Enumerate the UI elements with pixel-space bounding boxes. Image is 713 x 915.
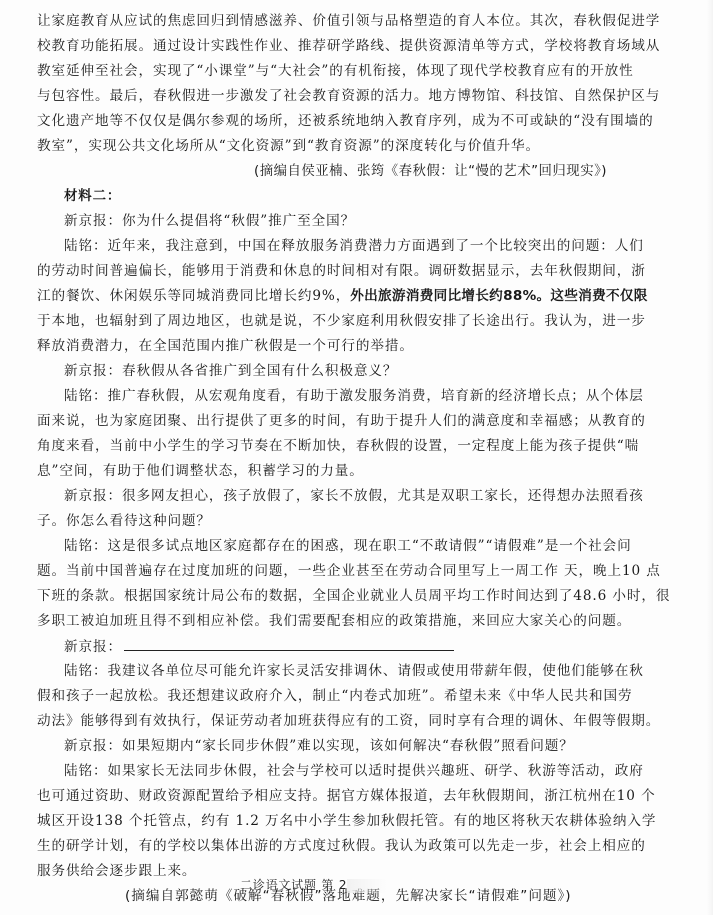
interview-answer-line: 下班的条款。根据国家统计局公布的数据，全国企业就业人员周平均工作时间达到了48.… bbox=[37, 584, 637, 609]
fill-in-question: 新京报： bbox=[37, 634, 637, 659]
paragraph-line: 教室延伸至社会，实现了“小课堂”与“大社会”的有机衔接，体现了现代学校教育应有的… bbox=[37, 59, 637, 84]
emphasized-text: 外出旅游消费同比增长约88%。这些消费不仅限 bbox=[350, 288, 647, 304]
material-two-heading: 材料二： bbox=[37, 184, 637, 209]
page-footer: 二诊语文试题 第 2 bbox=[240, 876, 387, 893]
interview-question: 新京报：你为什么提倡将“秋假”推广至全国？ bbox=[37, 209, 637, 234]
interview-answer-line: 题。当前中国普遍存在过度加班的问题，一些企业甚至在劳动合同里写上一周工作 天，晚… bbox=[37, 559, 637, 584]
answer-text: 江的餐饮、休闲娱乐等同城消费同比增长约9%， bbox=[37, 288, 350, 304]
interview-answer-line: 陆铭：推广春秋假，从宏观角度看，有助于激发服务消费，培育新的经济增长点；从个体层 bbox=[37, 384, 637, 409]
interview-answer-line: 多职工被迫加班且得不到相应补偿。我们需要配套相应的政策措施，来回应大家关心的问题… bbox=[37, 609, 637, 634]
interview-answer-line: 城区开设138 个托管点，约有 1.2 万名中小学生参加秋假托管。有的地区将秋天… bbox=[37, 809, 637, 834]
paragraph-line: 教室”，实现公共文化场所从“文化资源”到“教育资源”的深度转化与价值升华。 bbox=[37, 134, 637, 159]
interview-answer-line: 陆铭：这是很多试点地区家庭都存在的困惑，现在职工“不敢请假”“请假难”是一个社会… bbox=[37, 534, 637, 559]
interview-answer-line: 也可通过资助、财政资源配置给予相应支持。据官方媒体报道，去年秋假期间，浙江杭州在… bbox=[37, 784, 637, 809]
page-edge-shadow bbox=[707, 0, 713, 915]
paragraph-line: 让家庭教育从应试的焦虑回归到情感滋养、价值引领与品格塑造的育人本位。其次，春秋假… bbox=[37, 9, 637, 34]
paragraph-line: 与包容性。最后，春秋假进一步激发了社会教育资源的活力。地方博物馆、科技馆、自然保… bbox=[37, 84, 637, 109]
interview-answer-line: 角度来看，当前中小学生的学习节奏在不断加快，春秋假的设置，一定程度上能为孩子提供… bbox=[37, 434, 637, 459]
article-body: 让家庭教育从应试的焦虑回归到情感滋养、价值引领与品格塑造的育人本位。其次，春秋假… bbox=[37, 9, 637, 909]
interview-answer-line: 于本地，也辐射到了周边地区，也就是说，不少家庭利用秋假安排了长途出行。我认为，进… bbox=[37, 309, 637, 334]
interview-answer-line: 陆铭：我建议各单位尽可能允许家长灵活安排调休、请假或使用带薪年假，使他们能够在秋 bbox=[37, 659, 637, 684]
interview-question: 新京报：春秋假从各省推广到全国有什么积极意义？ bbox=[37, 359, 637, 384]
paragraph-line: 校教育功能拓展。通过设计实践性作业、推荐研学路线、提供资源清单等方式，学校将教育… bbox=[37, 34, 637, 59]
interview-answer-line: 释放消费潜力，在全国范围内推广秋假是一个可行的举措。 bbox=[37, 334, 637, 359]
interview-answer-line: 假和孩子一起放松。我还想建议政府介入，制止“内卷式加班”。希望未来《中华人民共和… bbox=[37, 684, 637, 709]
interview-answer-line: 的劳动时间普遍偏长，能够用于消费和休息的时间相对有限。调研数据显示，去年秋假期间… bbox=[37, 259, 637, 284]
interview-answer-line: 陆铭：如果家长无法同步休假，社会与学校可以适时提供兴趣班、研学、秋游等活动，政府 bbox=[37, 759, 637, 784]
interview-answer-line: 陆铭：近年来，我注意到，中国在释放服务消费潜力方面遇到了一个比较突出的问题：人们 bbox=[37, 234, 637, 259]
answer-blank-line[interactable] bbox=[124, 634, 454, 651]
interview-answer-line: 息”空间，有助于他们调整状态，积蓄学习的力量。 bbox=[37, 459, 637, 484]
interview-question: 新京报：如果短期内“家长同步休假”难以实现，该如何解决“春秋假”照看问题？ bbox=[37, 734, 637, 759]
interview-answer-line: 动法》能够得到有效执行，保证劳动者加班获得应有的工资，同时享有合理的调休、年假等… bbox=[37, 709, 637, 734]
interview-answer-line: 江的餐饮、休闲娱乐等同城消费同比增长约9%，外出旅游消费同比增长约88%。这些消… bbox=[37, 284, 637, 309]
citation-material-one: (摘编自侯亚楠、张筠《春秋假：让“慢的艺术”回归现实》) bbox=[37, 159, 637, 184]
paragraph-line: 文化遗产地等不仅仅是偶尔参观的场所，还被系统地纳入教育序列，成为不可或缺的“没有… bbox=[37, 109, 637, 134]
page-footer-label: 二诊语文试题 第 2 bbox=[240, 878, 347, 892]
interviewer-label: 新京报： bbox=[64, 639, 122, 655]
footer-smudge bbox=[347, 879, 387, 893]
interview-question: 新京报：很多网友担心，孩子放假了，家长不放假，尤其是双职工家长，还得想办法照看孩 bbox=[37, 484, 637, 509]
interview-answer-line: 生的研学计划，有的学校以集体出游的方式度过秋假。我认为政策可以先走一步，社会上相… bbox=[37, 834, 637, 859]
interview-question: 子。你怎么看待这种问题？ bbox=[37, 509, 637, 534]
exam-page: 让家庭教育从应试的焦虑回归到情感滋养、价值引领与品格塑造的育人本位。其次，春秋假… bbox=[0, 0, 713, 915]
interview-answer-line: 面来说，也为家庭团聚、出行提供了更多的时间，有助于提升人们的满意度和幸福感；从教… bbox=[37, 409, 637, 434]
